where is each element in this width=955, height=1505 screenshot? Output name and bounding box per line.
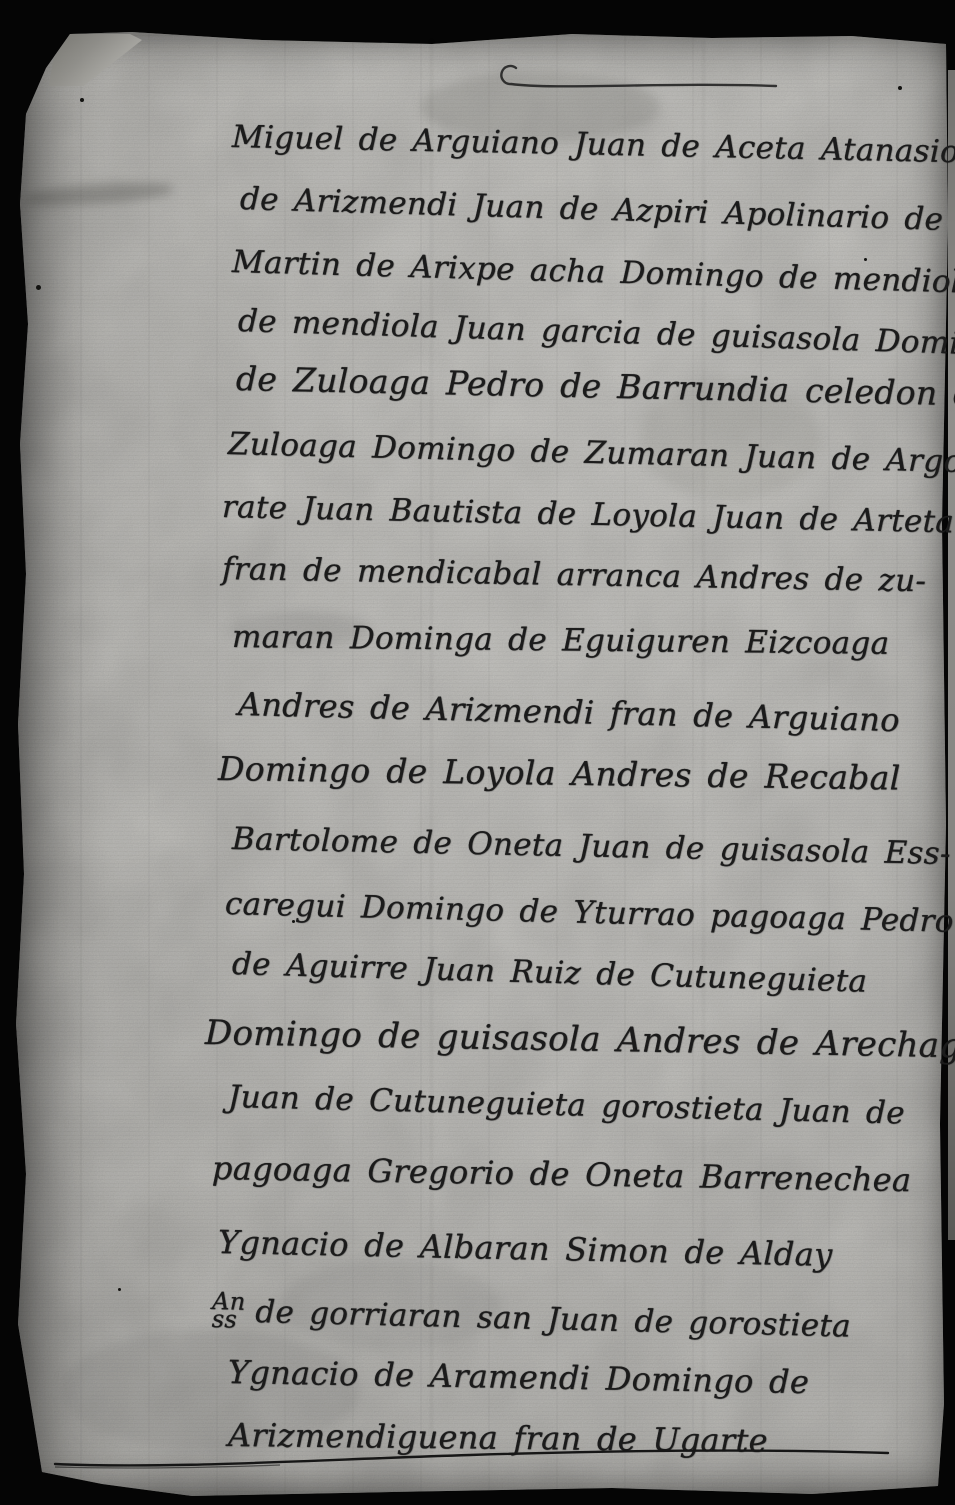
scan-background: Miguel de Arguiano Juan de Aceta Atanasi… [0,0,955,1505]
handwritten-line: Domingo de Loyola Andres de Recabal [218,752,901,795]
ink-speck [118,1288,121,1291]
ink-speck [80,98,84,102]
ink-speck [36,285,41,290]
handwritten-line: Ygnacio de Aramendi Domingo de [228,1356,810,1398]
ink-speck [864,258,867,261]
stacked-abbreviation: Anss [212,1292,246,1329]
handwritten-line: Arizmendiguena fran de Ugarte [228,1419,768,1457]
page-fold-corner [46,34,142,86]
ink-speck [898,86,902,90]
handwritten-line: maran Dominga de Eguiguren Eizcoaga [232,622,890,660]
